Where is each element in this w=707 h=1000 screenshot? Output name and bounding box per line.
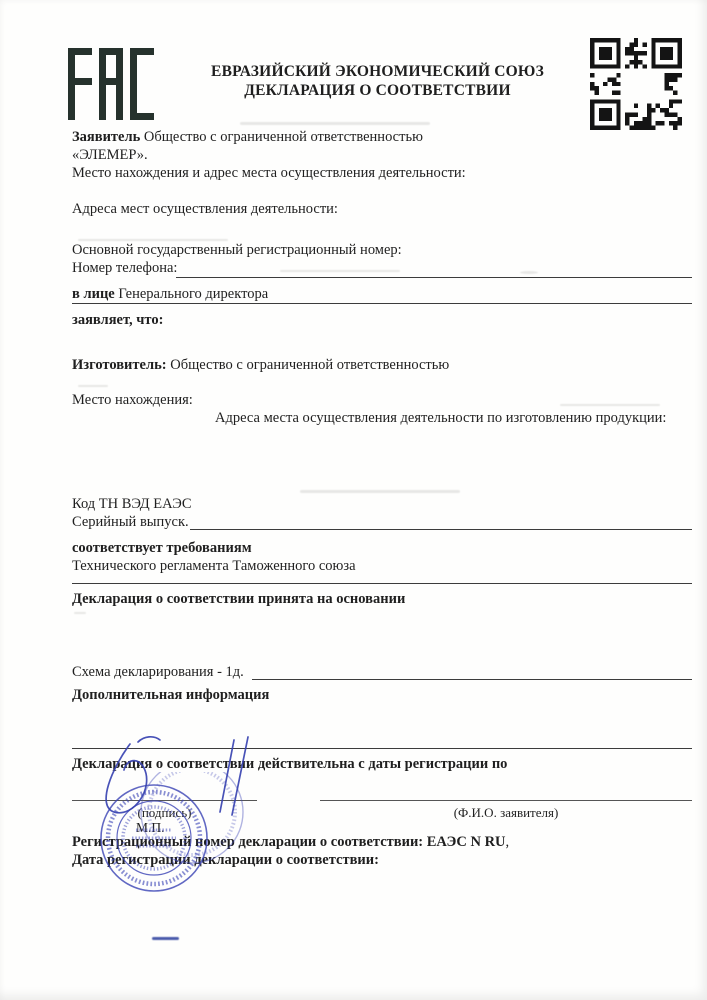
validity-label: Декларация о соответствии действительна … bbox=[72, 755, 507, 773]
basis-label: Декларация о соответствии принята на осн… bbox=[72, 590, 405, 608]
conforms-label: соответствует требованиям bbox=[72, 539, 252, 557]
represented-by-line: в лице Генерального директора bbox=[72, 285, 268, 303]
phone-underline bbox=[176, 277, 692, 278]
applicant-label: Заявитель bbox=[72, 129, 140, 145]
rule-before-validity bbox=[72, 748, 692, 749]
qr-code-icon bbox=[590, 38, 682, 135]
applicant-value: Общество с ограниченной ответственностью bbox=[144, 129, 423, 145]
redaction-artifact bbox=[280, 270, 400, 272]
registration-number-suffix: , bbox=[506, 834, 510, 850]
production-addresses-label: Адреса места осуществления деятельности … bbox=[215, 409, 666, 427]
signature-line bbox=[72, 800, 257, 801]
represented-by-value: Генерального директора bbox=[118, 286, 268, 302]
serial-label: Серийный выпуск. bbox=[72, 513, 189, 531]
scheme-label: Схема декларирования - 1д. bbox=[72, 663, 244, 681]
registration-date-label: Дата регистрации декларации о соответств… bbox=[72, 851, 379, 869]
applicant-name: «ЭЛЕМЕР». bbox=[72, 146, 148, 164]
represented-by-label: в лице bbox=[72, 286, 115, 302]
tnved-label: Код ТН ВЭД ЕАЭС bbox=[72, 495, 192, 513]
rule-after-director bbox=[72, 303, 692, 304]
rule-before-basis bbox=[72, 583, 692, 584]
document-page: ЕВРАЗИЙСКИЙ ЭКОНОМИЧЕСКИЙ СОЮЗ ДЕКЛАРАЦИ… bbox=[0, 0, 707, 1000]
redaction-artifact bbox=[300, 490, 460, 493]
redaction-artifact bbox=[520, 271, 538, 274]
fio-caption: (Ф.И.О. заявителя) bbox=[320, 804, 692, 822]
scheme-underline bbox=[252, 679, 692, 680]
applicant-line: Заявитель Общество с ограниченной ответс… bbox=[72, 128, 423, 146]
registration-number-label: Регистрационный номер декларации о соотв… bbox=[72, 834, 423, 850]
registration-number-value: ЕАЭС N RU bbox=[427, 834, 506, 850]
manufacturer-label: Изготовитель: bbox=[72, 357, 167, 373]
applicant-address-label: Место нахождения и адрес места осуществл… bbox=[72, 164, 466, 182]
declares-label: заявляет, что: bbox=[72, 311, 163, 329]
redaction-artifact bbox=[78, 239, 228, 241]
fio-line bbox=[320, 800, 692, 801]
regulation-text: Технического регламента Таможенного союз… bbox=[72, 557, 356, 575]
manufacturer-value: Общество с ограниченной ответственностью bbox=[170, 357, 449, 373]
redaction-artifact bbox=[560, 404, 660, 406]
redaction-artifact bbox=[240, 122, 430, 125]
title-line-2: ДЕКЛАРАЦИЯ О СООТВЕТСТВИИ bbox=[180, 81, 575, 100]
redaction-artifact bbox=[74, 612, 86, 614]
registration-number-line: Регистрационный номер декларации о соотв… bbox=[72, 833, 509, 851]
ogrn-label: Основной государственный регистрационный… bbox=[72, 241, 402, 259]
activity-addresses-label: Адреса мест осуществления деятельности: bbox=[72, 200, 338, 218]
additional-info-label: Дополнительная информация bbox=[72, 686, 269, 704]
eac-logo-icon bbox=[68, 48, 154, 125]
document-title: ЕВРАЗИЙСКИЙ ЭКОНОМИЧЕСКИЙ СОЮЗ ДЕКЛАРАЦИ… bbox=[180, 62, 575, 100]
blue-mark bbox=[152, 937, 179, 940]
serial-underline bbox=[190, 529, 692, 530]
manufacturer-line: Изготовитель: Общество с ограниченной от… bbox=[72, 356, 449, 374]
title-line-1: ЕВРАЗИЙСКИЙ ЭКОНОМИЧЕСКИЙ СОЮЗ bbox=[180, 62, 575, 81]
phone-label: Номер телефона: bbox=[72, 259, 177, 277]
manufacturer-location-label: Место нахождения: bbox=[72, 391, 193, 409]
redaction-artifact bbox=[78, 385, 108, 387]
